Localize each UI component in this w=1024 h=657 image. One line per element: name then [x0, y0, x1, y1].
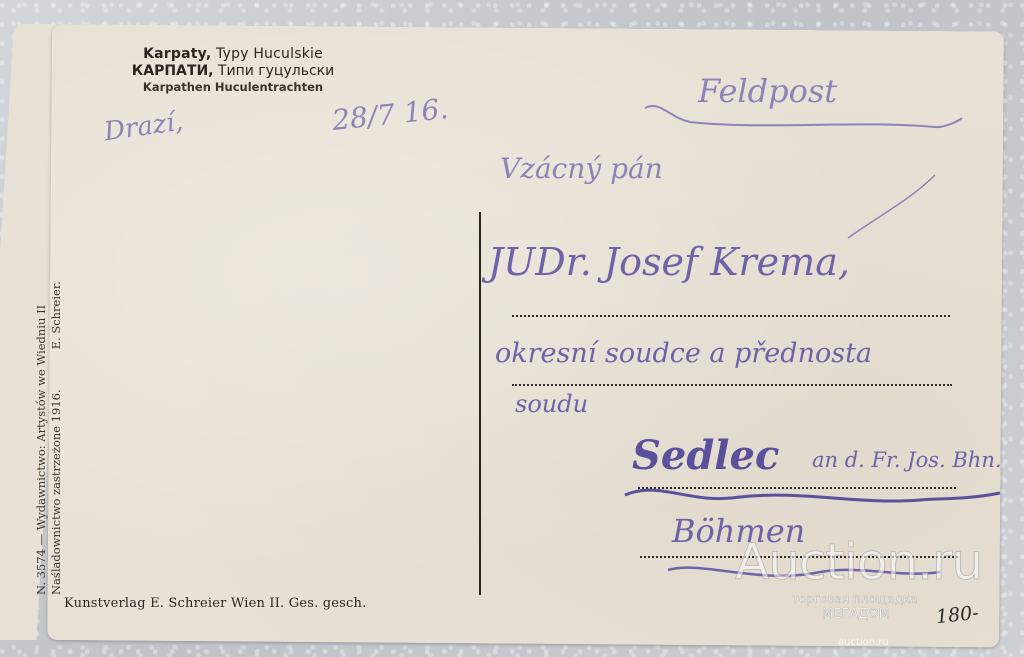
watermark-subtitle: торговая площадка	[792, 592, 917, 606]
watermark-network: МЕГАДОМ	[822, 607, 890, 622]
handwriting-feldpost: Feldpost	[698, 72, 837, 110]
handwriting-salutation: Vzácný pán	[500, 152, 663, 185]
watermark-brand: Auction.ru	[735, 533, 982, 591]
handwriting-recipient-name: JUDr. Josef Krema,	[488, 240, 850, 284]
watermark-footer: auction.ru	[838, 637, 889, 648]
handwriting-town-suffix: an d. Fr. Jos. Bhn.	[812, 448, 1002, 472]
handwriting-title-line2: soudu	[515, 390, 588, 418]
pencil-price-note: 180-	[935, 602, 980, 628]
handwriting-title-line1: okresní soudce a přednosta	[495, 338, 872, 369]
handwriting-town: Sedlec	[632, 432, 779, 479]
